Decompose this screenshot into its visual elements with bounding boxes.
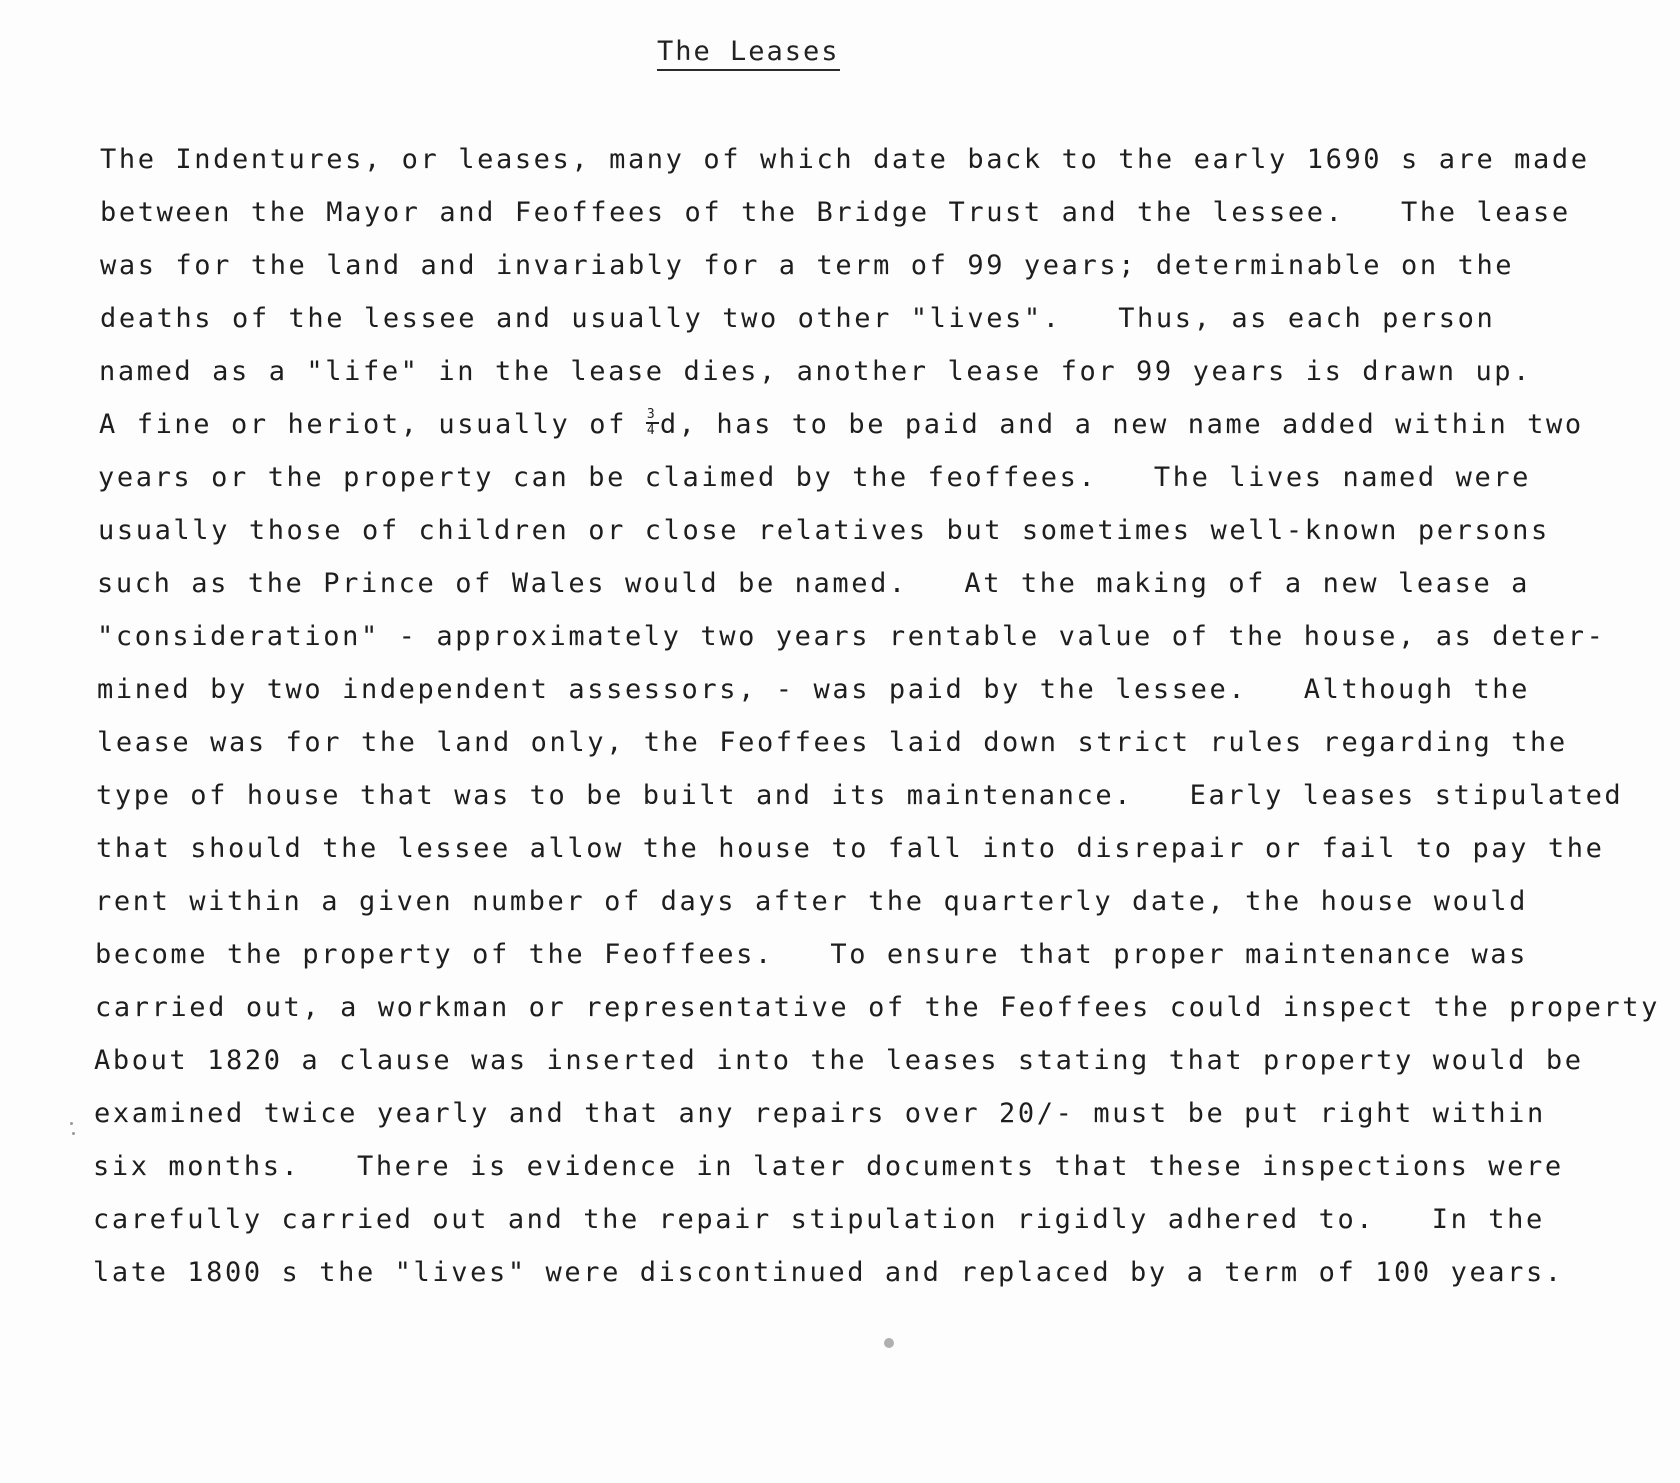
body-paragraph: The Indentures, or leases, many of which… xyxy=(0,0,1680,1483)
text-line: years or the property can be claimed by … xyxy=(98,464,1531,491)
text-line: late 1800 s the "lives" were discontinue… xyxy=(93,1259,1564,1286)
text-line: mined by two independent assessors, - wa… xyxy=(97,676,1530,703)
text-line: carried out, a workman or representative… xyxy=(95,994,1660,1021)
text-line-fraction: A fine or heriot, usually of 34d, has to… xyxy=(99,411,1584,438)
text-line: carefully carried out and the repair sti… xyxy=(93,1206,1545,1233)
fine-line-before: A fine or heriot, usually of xyxy=(99,409,646,440)
fraction-numerator: 3 xyxy=(647,408,655,421)
text-line: lease was for the land only, the Feoffee… xyxy=(97,729,1568,756)
text-line: type of house that was to be built and i… xyxy=(96,782,1623,809)
text-line: deaths of the lessee and usually two oth… xyxy=(100,305,1495,332)
paper-speck xyxy=(72,1132,75,1135)
text-line: become the property of the Feoffees. To … xyxy=(95,941,1528,968)
text-line: six months. There is evidence in later d… xyxy=(93,1153,1564,1180)
text-line: named as a "life" in the lease dies, ano… xyxy=(99,358,1532,385)
text-line: such as the Prince of Wales would be nam… xyxy=(97,570,1530,597)
text-line: rent within a given number of days after… xyxy=(95,888,1528,915)
document-page: The Leases The Indentures, or leases, ma… xyxy=(0,0,1680,1483)
text-line: "consideration" - approximately two year… xyxy=(97,623,1605,650)
fine-line-after: d, has to be paid and a new name added w… xyxy=(660,409,1584,440)
text-line: examined twice yearly and that any repai… xyxy=(94,1100,1546,1127)
paper-speck xyxy=(884,1338,894,1348)
text-line: About 1820 a clause was inserted into th… xyxy=(94,1047,1584,1074)
text-line: was for the land and invariably for a te… xyxy=(100,252,1514,279)
text-line: The Indentures, or leases, many of which… xyxy=(100,146,1590,173)
text-line: usually those of children or close relat… xyxy=(98,517,1550,544)
text-line: between the Mayor and Feoffees of the Br… xyxy=(100,199,1571,226)
fraction-three-quarters: 34 xyxy=(646,411,660,438)
text-line: that should the lessee allow the house t… xyxy=(96,835,1604,862)
fraction-denominator: 4 xyxy=(647,424,655,437)
paper-speck xyxy=(70,1122,73,1125)
